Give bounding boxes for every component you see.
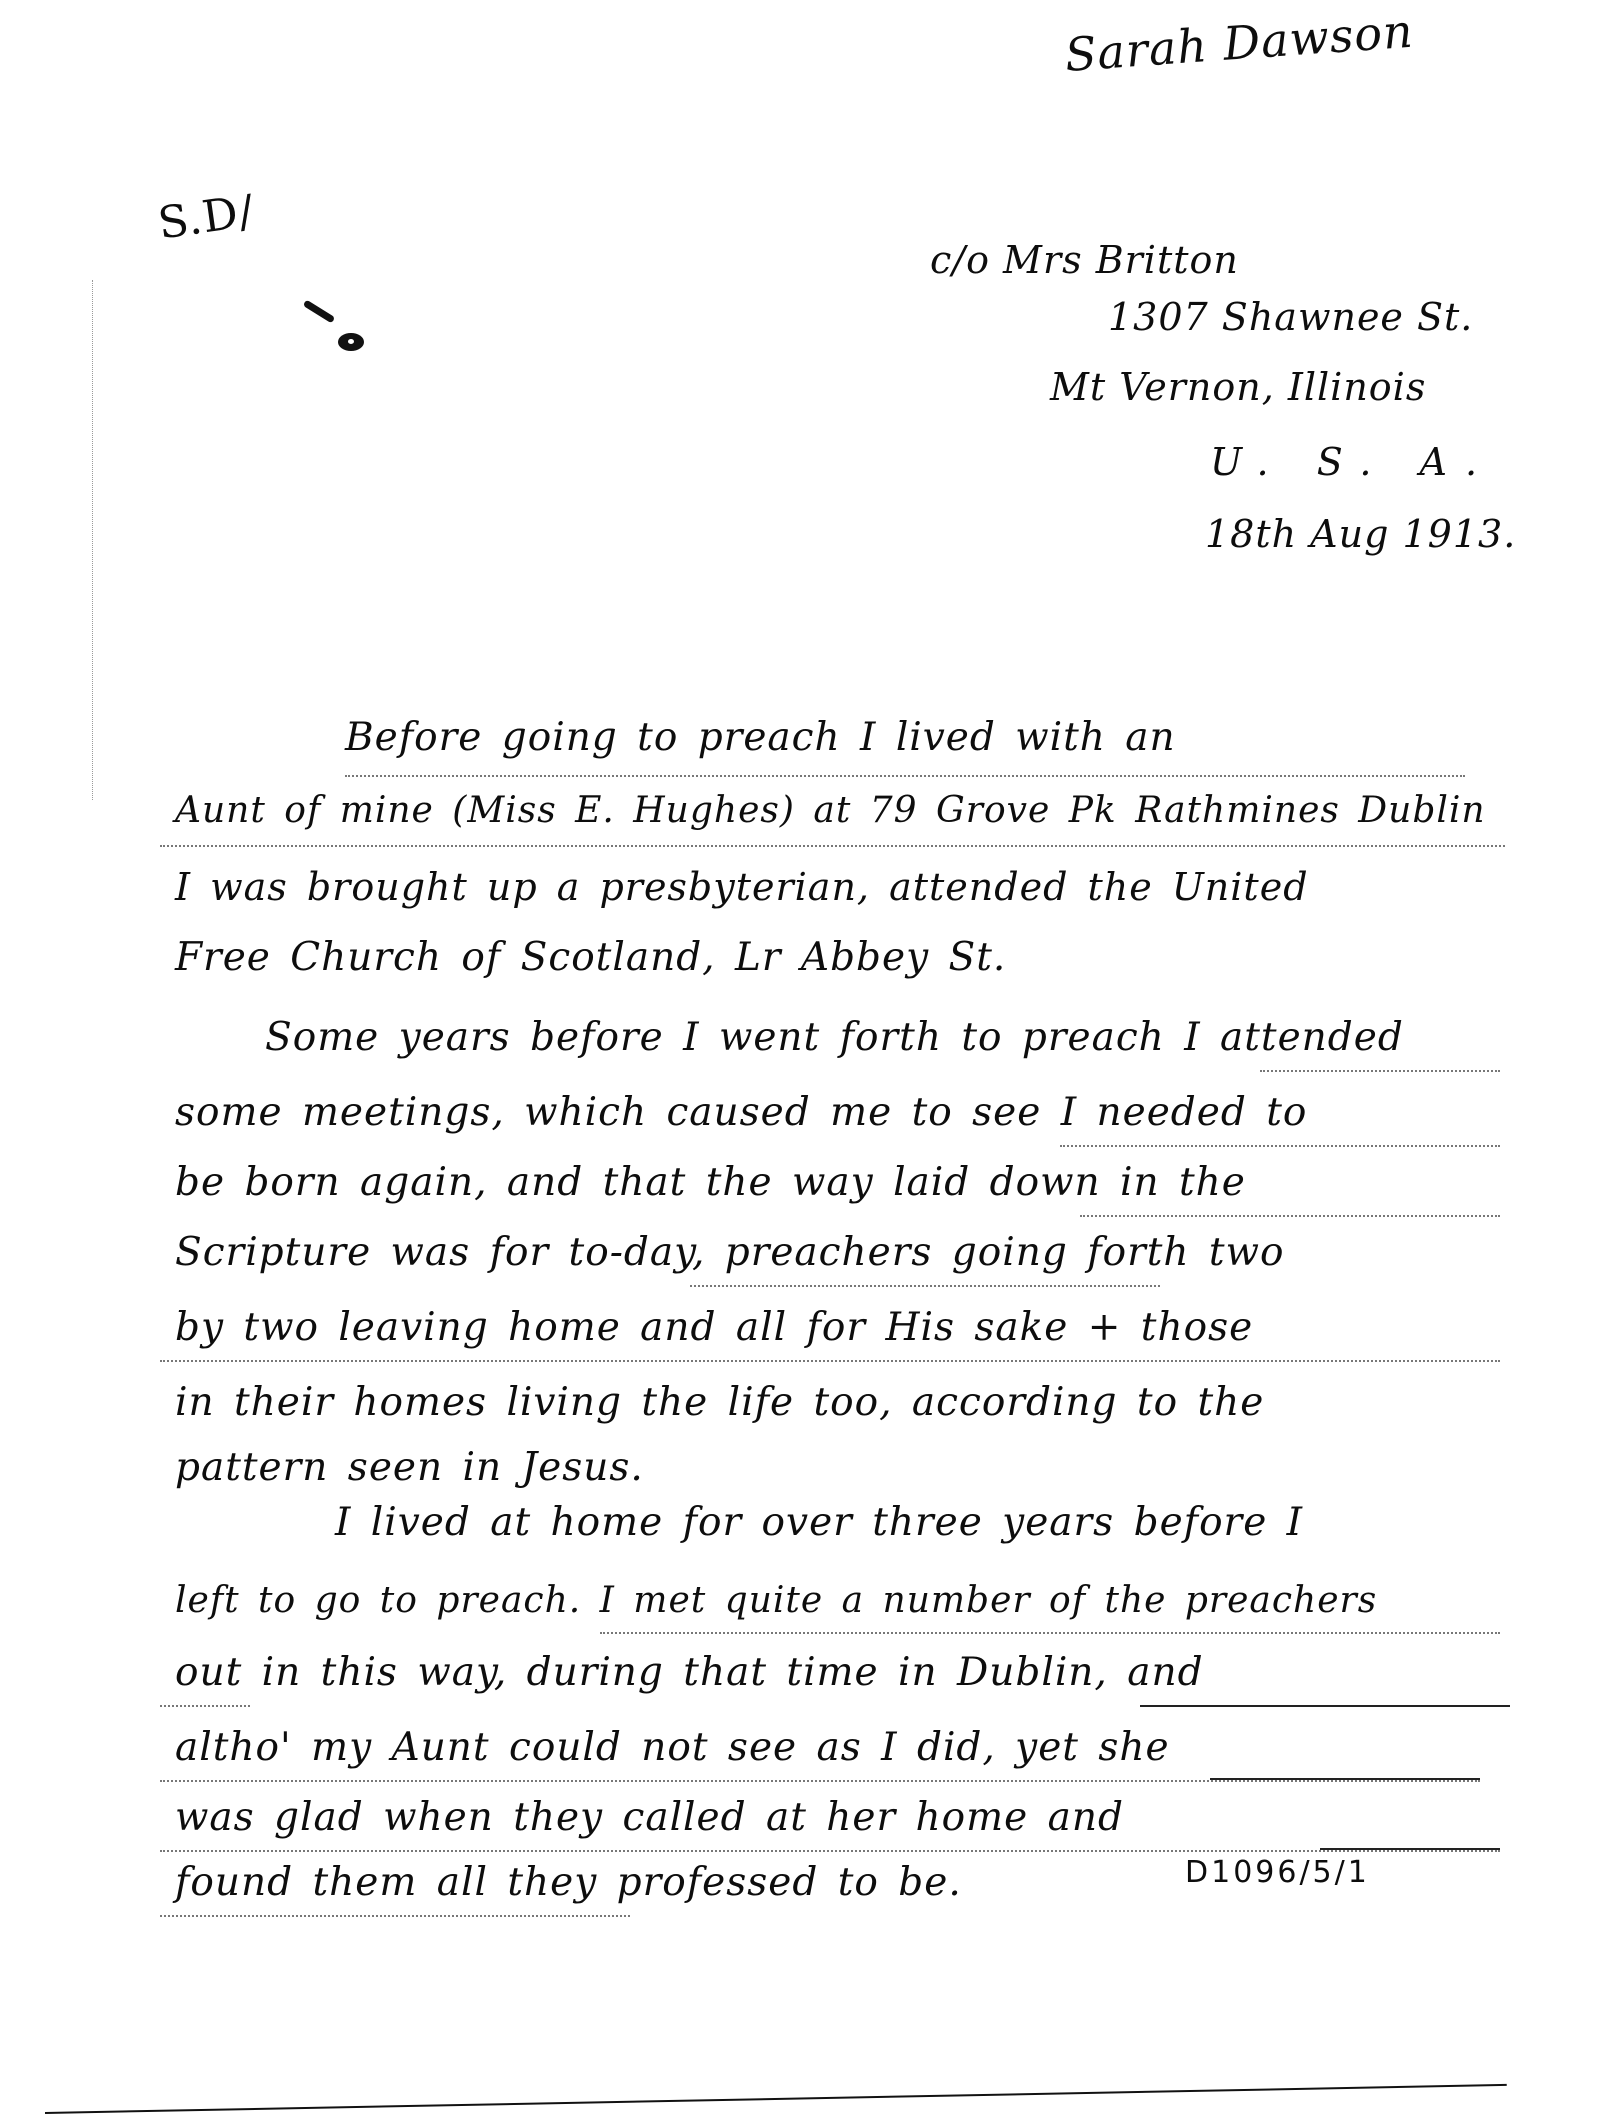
body-line: Scripture was for to-day, preachers goin…: [175, 1230, 1284, 1275]
address-care-of: c/o Mrs Britton: [930, 238, 1239, 282]
body-line: left to go to preach. I met quite a numb…: [175, 1580, 1377, 1621]
ink-blot-dot: [338, 333, 364, 351]
letter-page: Sarah Dawson S.D/ c/o Mrs Britton 1307 S…: [0, 0, 1612, 2128]
body-line: I was brought up a presbyterian, attende…: [175, 865, 1309, 909]
faint-underline: [600, 1632, 1500, 1634]
faint-underline: [160, 1915, 630, 1917]
solid-underline: [1210, 1778, 1480, 1780]
body-line: Some years before I went forth to preach…: [265, 1015, 1404, 1060]
faint-underline: [160, 845, 1505, 847]
margin-specks: [92, 280, 95, 800]
faint-underline: [1080, 1215, 1500, 1217]
body-line: out in this way, during that time in Dub…: [175, 1650, 1204, 1695]
body-line: Aunt of mine (Miss E. Hughes) at 79 Grov…: [175, 790, 1486, 831]
address-country: U. S. A.: [1210, 440, 1495, 484]
faint-underline: [160, 1850, 1500, 1852]
body-line: by two leaving home and all for His sake…: [175, 1305, 1253, 1350]
body-line: some meetings, which caused me to see I …: [175, 1090, 1307, 1135]
initials-mark: S.D/: [155, 186, 258, 250]
bottom-rule-line: [45, 2084, 1507, 2114]
body-line: be born again, and that the way laid dow…: [175, 1160, 1246, 1205]
faint-underline: [1260, 1070, 1500, 1072]
faint-underline: [160, 1780, 1480, 1782]
body-line: found them all they professed to be.: [175, 1860, 962, 1905]
body-line: altho' my Aunt could not see as I did, y…: [175, 1725, 1170, 1770]
ink-blot-stroke: [303, 300, 336, 324]
signature: Sarah Dawson: [1063, 4, 1415, 82]
body-line: was glad when they called at her home an…: [175, 1795, 1124, 1840]
archive-reference: D1096/5/1: [1185, 1855, 1370, 1890]
body-line: in their homes living the life too, acco…: [175, 1380, 1264, 1425]
address-city: Mt Vernon, Illinois: [1050, 365, 1426, 409]
faint-underline: [690, 1285, 1160, 1287]
faint-underline: [1060, 1145, 1500, 1147]
solid-underline: [1140, 1705, 1510, 1707]
faint-underline: [160, 1705, 250, 1707]
body-line: Before going to preach I lived with an: [345, 715, 1176, 760]
body-line: pattern seen in Jesus.: [175, 1445, 644, 1490]
letter-date: 18th Aug 1913.: [1205, 512, 1516, 556]
address-street: 1307 Shawnee St.: [1108, 295, 1473, 339]
body-line: Free Church of Scotland, Lr Abbey St.: [175, 935, 1006, 980]
solid-underline: [1320, 1848, 1500, 1850]
faint-underline: [345, 775, 1465, 777]
body-line: I lived at home for over three years bef…: [335, 1500, 1303, 1545]
faint-underline: [160, 1360, 1500, 1362]
